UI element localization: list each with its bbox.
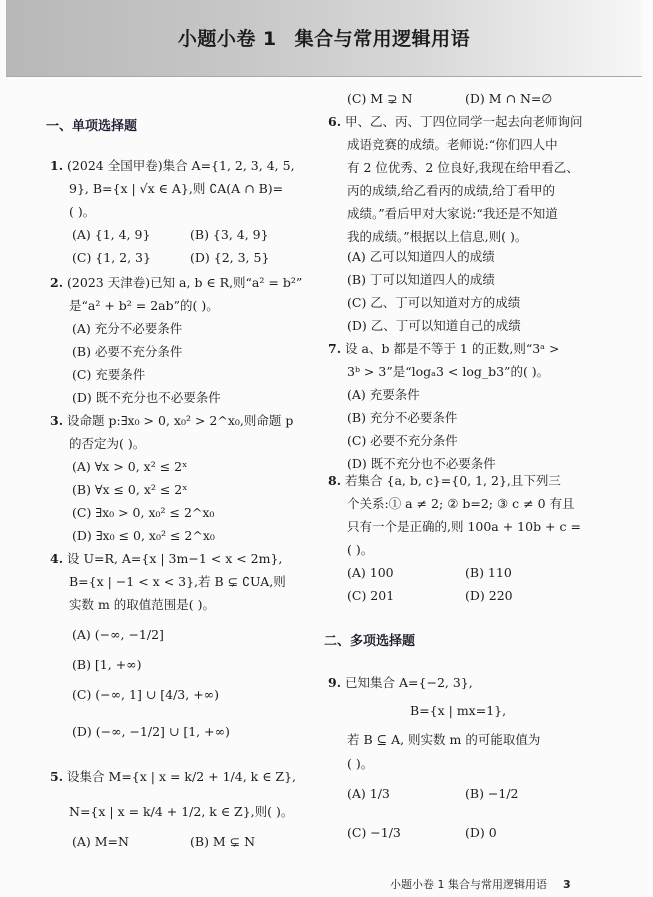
- option-a: (A) 乙可以知道四人的成绩: [347, 248, 495, 266]
- question-number: 3.: [50, 413, 63, 428]
- question-text: 设 a、b 都是不等于 1 的正数,则“3ᵃ >: [345, 341, 559, 356]
- question-5-line-2: N={x | x = k/4 + 1/2, k ∈ Z},则( )。: [69, 803, 293, 821]
- option-a: (A) 1/3: [347, 785, 390, 803]
- option-c: (C) 充要条件: [72, 366, 145, 384]
- question-4-line-2: B={x | −1 < x < 3},若 B ⊊ ∁UA,则: [69, 573, 286, 591]
- option-d: (D) ∃x₀ ≤ 0, x₀² ≤ 2^x₀: [72, 527, 215, 545]
- question-1-line-3: ( )。: [69, 203, 95, 221]
- section-heading-single-choice: 一、单项选择题: [46, 115, 137, 134]
- option-b: (B) 丁可以知道四人的成绩: [347, 271, 495, 289]
- option-d: (D) 既不充分也不必要条件: [72, 389, 221, 407]
- question-1-line-2: 9}, B={x | √x ∈ A},则 ∁A(A ∩ B)=: [69, 180, 283, 198]
- option-c: (C) 必要不充分条件: [347, 432, 458, 450]
- question-5-line-1: 5. 设集合 M={x | x = k/2 + 1/4, k ∈ Z},: [50, 768, 296, 786]
- option-b: (B) ∀x ≤ 0, x² ≤ 2ˣ: [72, 481, 188, 499]
- question-text: 甲、乙、丙、丁四位同学一起去向老师询问: [345, 114, 583, 129]
- question-9-line-2: B={x | mx=1},: [410, 702, 506, 720]
- question-8-line-2: 个关系:① a ≠ 2; ② b=2; ③ c ≠ 0 有且: [347, 495, 575, 513]
- page-footer: 小题小卷 1 集合与常用逻辑用语3: [390, 876, 571, 892]
- question-6-line-4: 丙的成绩,给乙看丙的成绩,给丁看甲的: [347, 182, 555, 200]
- question-6-line-2: 成语竞赛的成绩。老师说:“你们四人中: [347, 136, 558, 154]
- question-9-line-3: 若 B ⊆ A, 则实数 m 的可能取值为: [347, 731, 540, 749]
- section-heading-multiple-choice: 二、多项选择题: [324, 630, 415, 649]
- option-d: (D) 0: [465, 824, 497, 842]
- option-d: (D) 既不充分也不必要条件: [347, 455, 496, 473]
- option-d: (D) 乙、丁可以知道自己的成绩: [347, 317, 521, 335]
- question-8-line-3: 只有一个是正确的,则 100a + 10b + c =: [347, 518, 581, 536]
- question-3-line-2: 的否定为( )。: [69, 435, 145, 453]
- option-b: (B) {3, 4, 9}: [190, 226, 269, 244]
- option-c: (C) M ⊋ N: [347, 90, 412, 108]
- question-text: 设 U=R, A={x | 3m−1 < x < 2m},: [67, 551, 282, 566]
- option-a: (A) 充分不必要条件: [72, 320, 182, 338]
- question-6-line-5: 成绩。”看后甲对大家说:“我还是不知道: [347, 205, 558, 223]
- option-a: (A) 100: [347, 564, 394, 582]
- question-text: 设集合 M={x | x = k/2 + 1/4, k ∈ Z},: [67, 769, 296, 784]
- option-a: (A) (−∞, −1/2]: [72, 626, 164, 644]
- option-a: (A) 充要条件: [347, 386, 420, 404]
- page-number: 3: [563, 878, 571, 891]
- question-number: 7.: [328, 341, 341, 356]
- option-a: (A) ∀x > 0, x² ≤ 2ˣ: [72, 458, 187, 476]
- option-d: (D) (−∞, −1/2] ∪ [1, +∞): [72, 723, 230, 741]
- question-number: 5.: [50, 769, 63, 784]
- option-b: (B) 必要不充分条件: [72, 343, 182, 361]
- option-a: (A) M=N: [72, 833, 129, 851]
- question-text: 已知集合 A={−2, 3},: [345, 675, 473, 690]
- page-header: 小题小卷 1集合与常用逻辑用语: [6, 0, 642, 77]
- option-c: (C) (−∞, 1] ∪ [4/3, +∞): [72, 686, 219, 704]
- question-4-line-1: 4. 设 U=R, A={x | 3m−1 < x < 2m},: [50, 550, 282, 568]
- question-3-line-1: 3. 设命题 p:∃x₀ > 0, x₀² > 2^x₀,则命题 p: [50, 412, 293, 430]
- question-text: (2023 天津卷)已知 a, b ∈ R,则“a² = b²”: [67, 275, 302, 290]
- option-c: (C) 201: [347, 587, 394, 605]
- option-c: (C) ∃x₀ > 0, x₀² ≤ 2^x₀: [72, 504, 214, 522]
- option-d: (D) M ∩ N=∅: [465, 90, 552, 108]
- question-number: 4.: [50, 551, 63, 566]
- running-title: 小题小卷 1 集合与常用逻辑用语: [390, 878, 547, 891]
- page-title-text: 集合与常用逻辑用语: [295, 28, 471, 50]
- question-6-line-3: 有 2 位优秀、2 位良好,我现在给甲看乙、: [347, 159, 579, 177]
- option-d: (D) 220: [465, 587, 513, 605]
- question-4-line-3: 实数 m 的取值范围是( )。: [69, 596, 215, 614]
- option-b: (B) M ⊊ N: [190, 833, 255, 851]
- question-9-line-4: ( )。: [347, 755, 373, 773]
- question-number: 2.: [50, 275, 63, 290]
- option-b: (B) 110: [465, 564, 512, 582]
- question-6-line-1: 6. 甲、乙、丙、丁四位同学一起去向老师询问: [328, 113, 583, 131]
- question-2-line-2: 是“a² + b² = 2ab”的( )。: [69, 297, 219, 315]
- question-2-line-1: 2. (2023 天津卷)已知 a, b ∈ R,则“a² = b²”: [50, 274, 302, 292]
- question-7-line-1: 7. 设 a、b 都是不等于 1 的正数,则“3ᵃ >: [328, 340, 559, 358]
- option-c: (C) 乙、丁可以知道对方的成绩: [347, 294, 520, 312]
- question-9-line-1: 9. 已知集合 A={−2, 3},: [328, 674, 473, 692]
- question-7-line-2: 3ᵇ > 3”是“logₐ3 < log_b3”的( )。: [347, 363, 549, 381]
- option-c: (C) {1, 2, 3}: [72, 249, 151, 267]
- question-8-line-1: 8. 若集合 {a, b, c}={0, 1, 2},且下列三: [328, 472, 561, 490]
- question-text: 设命题 p:∃x₀ > 0, x₀² > 2^x₀,则命题 p: [67, 413, 293, 428]
- question-text: 若集合 {a, b, c}={0, 1, 2},且下列三: [345, 473, 561, 488]
- question-number: 8.: [328, 473, 341, 488]
- question-text: (2024 全国甲卷)集合 A={1, 2, 3, 4, 5,: [67, 158, 295, 173]
- question-number: 6.: [328, 114, 341, 129]
- page-title-number: 小题小卷 1: [178, 28, 277, 50]
- option-c: (C) −1/3: [347, 824, 401, 842]
- question-1-line-1: 1. (2024 全国甲卷)集合 A={1, 2, 3, 4, 5,: [50, 157, 295, 175]
- option-b: (B) −1/2: [465, 785, 519, 803]
- option-b: (B) [1, +∞): [72, 656, 141, 674]
- page-title: 小题小卷 1集合与常用逻辑用语: [6, 24, 642, 51]
- question-8-line-4: ( )。: [347, 541, 373, 559]
- option-a: (A) {1, 4, 9}: [72, 226, 150, 244]
- question-number: 9.: [328, 675, 341, 690]
- option-d: (D) {2, 3, 5}: [190, 249, 269, 267]
- option-b: (B) 充分不必要条件: [347, 409, 457, 427]
- question-6-line-6: 我的成绩。”根据以上信息,则( )。: [347, 228, 527, 246]
- question-number: 1.: [50, 158, 63, 173]
